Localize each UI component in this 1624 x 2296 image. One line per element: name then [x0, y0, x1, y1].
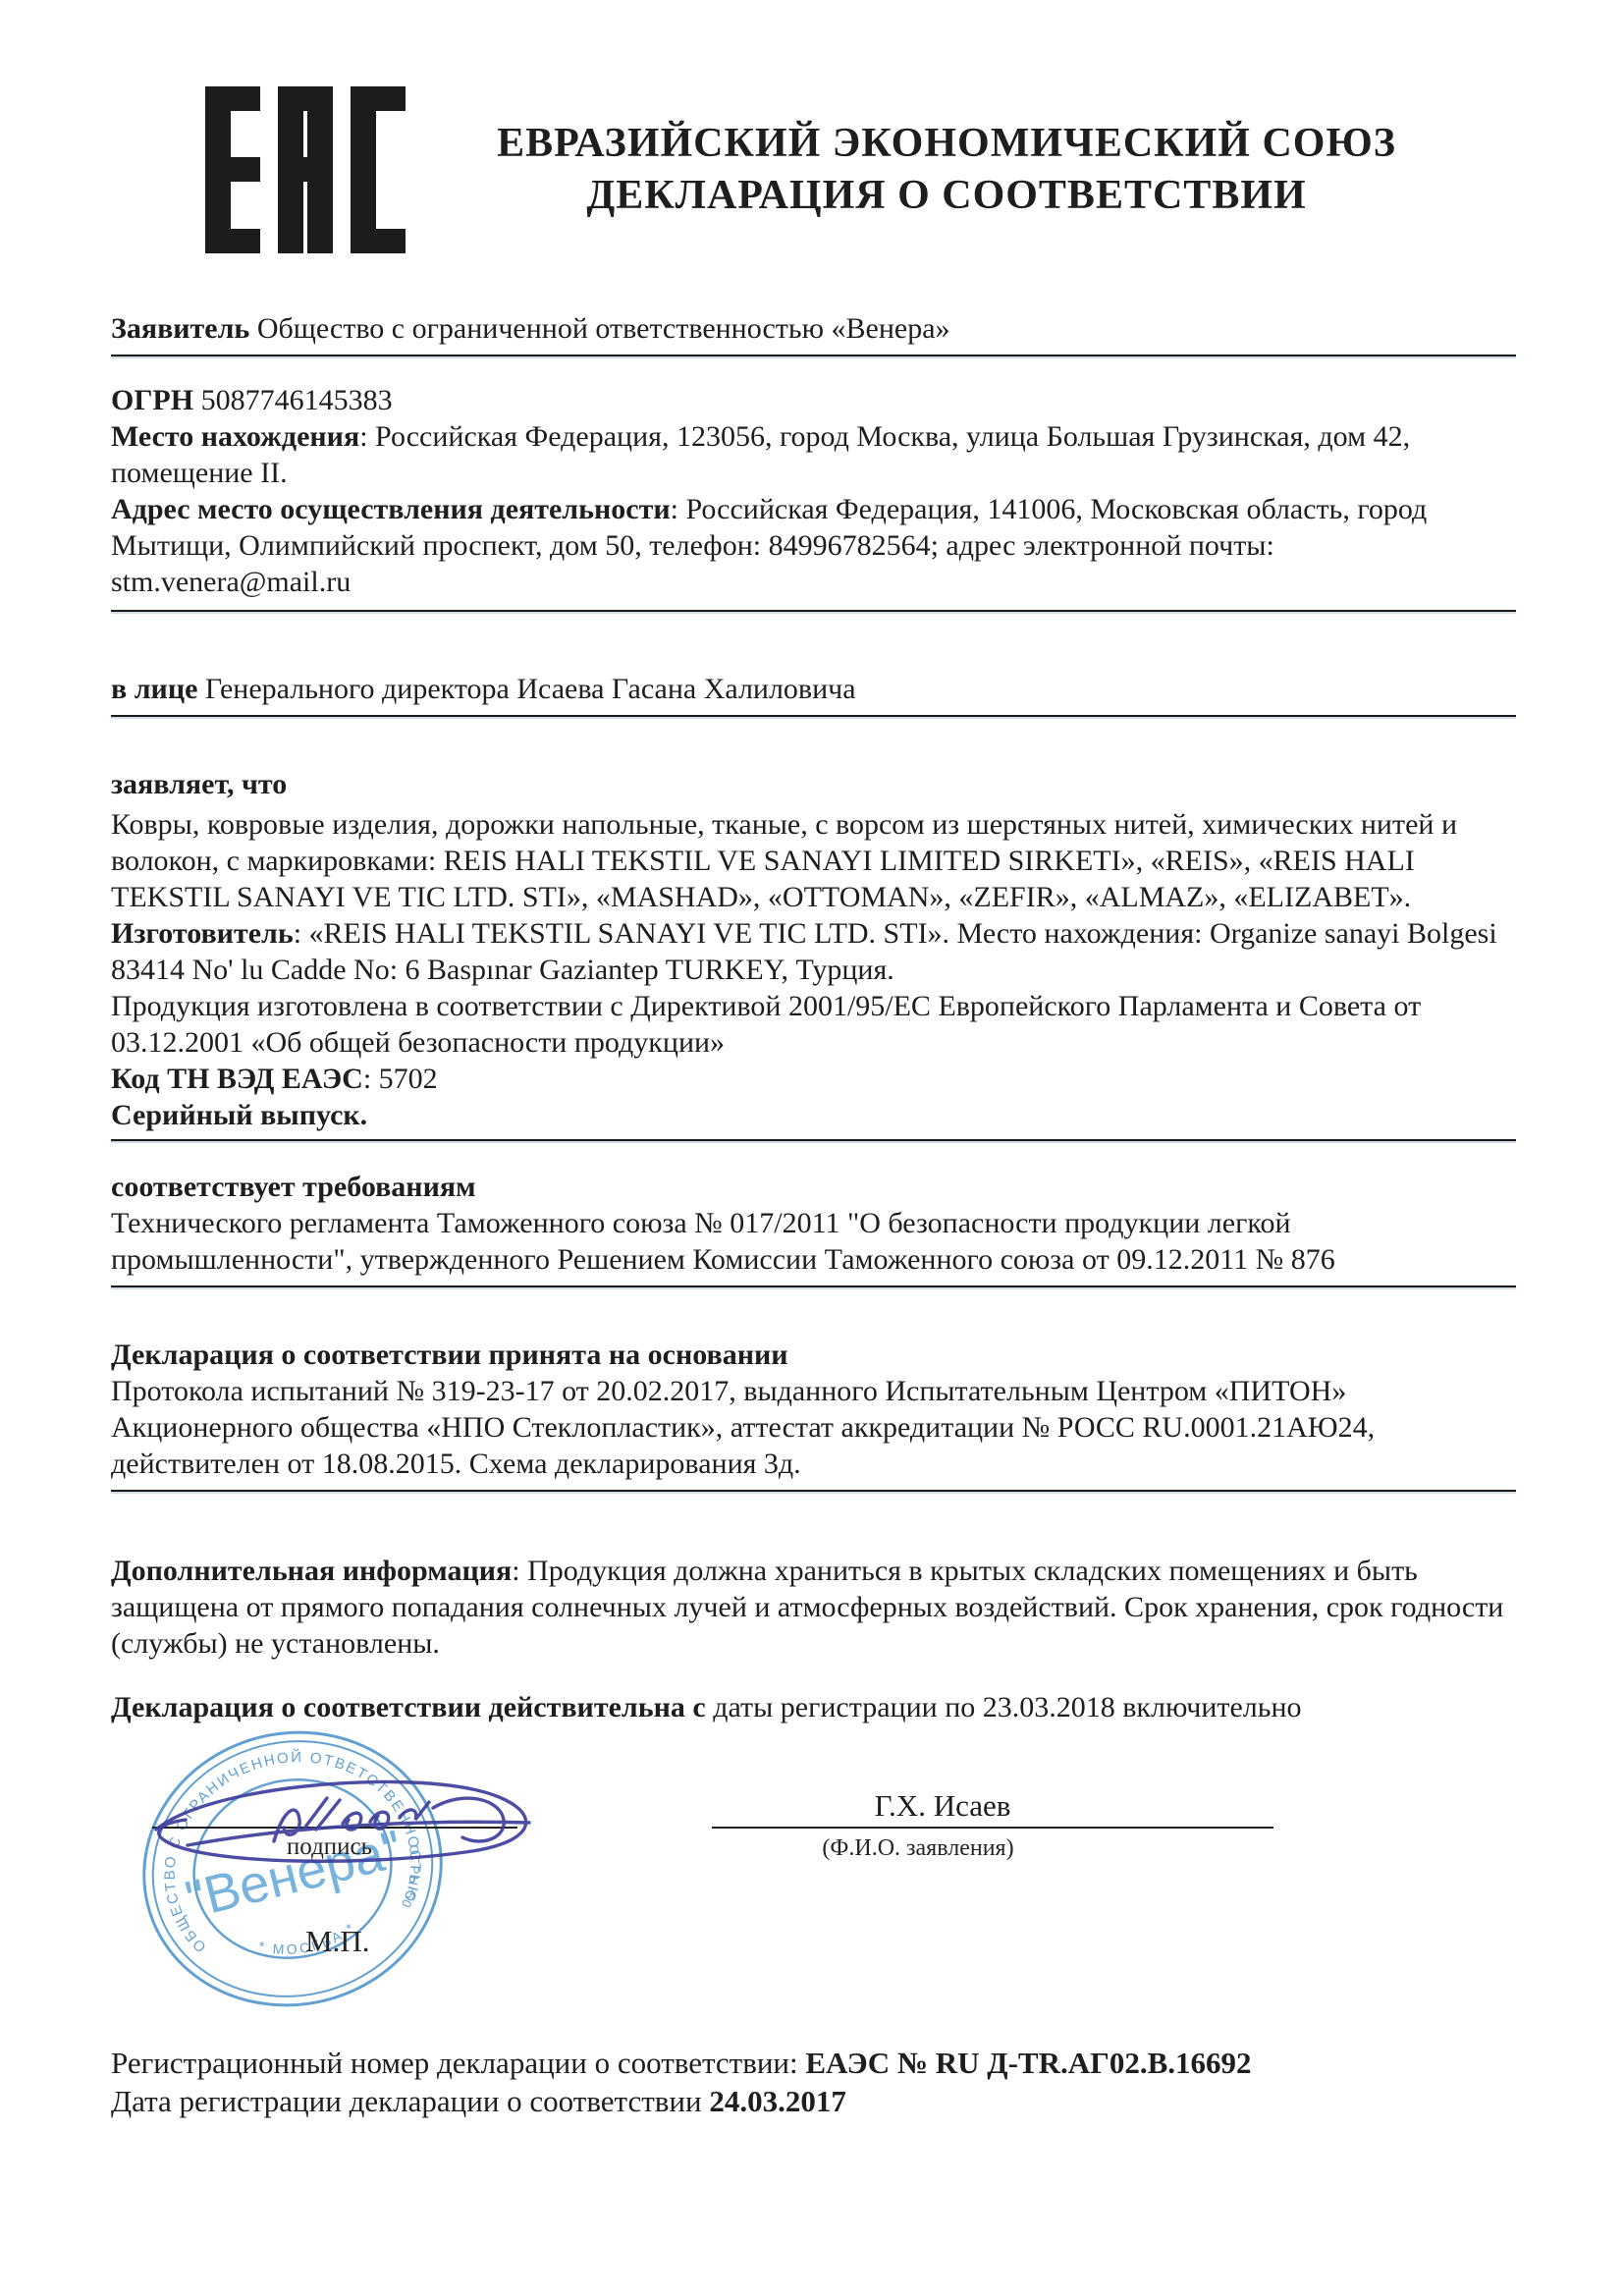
registration-number-value: ЕАЭС № RU Д-TR.АГ02.В.16692: [805, 2046, 1251, 2080]
signee-line: [712, 1827, 1273, 1829]
manufacturer-value: : «REIS HALI TEKSTIL SANAYI VE TIC LTD. …: [111, 917, 1497, 986]
applicant-label: Заявитель: [111, 312, 249, 345]
declares-heading: заявляет, что: [111, 766, 1516, 802]
title-line-1: ЕВРАЗИЙСКИЙ ЭКОНОМИЧЕСКИЙ СОЮЗ: [406, 118, 1487, 170]
ogrn-value: 5087746145383: [193, 384, 393, 416]
activity-address-label: Адрес место осуществления деятельности: [111, 493, 671, 525]
additional-info-section: Дополнительная информация: Продукция дол…: [111, 1553, 1516, 1662]
registration-date-value: 24.03.2017: [709, 2084, 846, 2118]
basis-label: Декларация о соответствии принята на осн…: [111, 1339, 788, 1371]
signature-caption: подпись: [239, 1833, 420, 1861]
applicant-section: Заявитель Общество с ограниченной ответс…: [111, 310, 1516, 356]
compliance-label: соответствует требованиям: [111, 1171, 476, 1203]
compliance-section: соответствует требованиям Технического р…: [111, 1169, 1516, 1287]
separator-line: [111, 610, 1516, 612]
product-text: Ковры, ковровые изделия, дорожки напольн…: [111, 808, 1457, 913]
eac-logo: [205, 86, 406, 253]
registration-date-line: Дата регистрации декларации о соответств…: [111, 2082, 1516, 2120]
registration-number-label: Регистрационный номер декларации о соотв…: [111, 2046, 805, 2080]
applicant-value: Общество с ограниченной ответственностью…: [249, 312, 949, 345]
directive-text: Продукция изготовлена в соответствии с Д…: [111, 990, 1421, 1059]
representative-section: в лице Генерального директора Исаева Гас…: [111, 671, 1516, 717]
validity-text: даты регистрации по 23.03.2018 включител…: [706, 1691, 1302, 1723]
location-label: Место нахождения: [111, 420, 359, 453]
applicant-details-section: ОГРН 5087746145383 Место нахождения: Рос…: [111, 382, 1516, 612]
separator-line: [111, 1285, 1516, 1287]
signature-section: ОБЩЕСТВО С ОГРАНИЧЕННОЙ ОТВЕТСТВЕННОСТЬЮ…: [111, 1727, 1516, 2044]
tnved-code-label: Код ТН ВЭД ЕАЭС: [111, 1063, 363, 1095]
validity-label: Декларация о соответствии действительна …: [111, 1691, 706, 1723]
separator-line: [111, 715, 1516, 717]
manufacturer-label: Изготовитель: [111, 917, 294, 950]
signee-name: Г.Х. Исаев: [712, 1788, 1173, 1824]
compliance-heading: соответствует требованиям: [111, 1169, 1516, 1205]
additional-info-line: Дополнительная информация: Продукция дол…: [111, 1553, 1516, 1662]
separator-line: [111, 1490, 1516, 1492]
document-title: ЕВРАЗИЙСКИЙ ЭКОНОМИЧЕСКИЙ СОЮЗ ДЕКЛАРАЦИ…: [406, 118, 1516, 222]
basis-heading: Декларация о соответствии принята на осн…: [111, 1337, 1516, 1373]
ogrn-line: ОГРН 5087746145383: [111, 382, 1516, 418]
document-page: ЕВРАЗИЙСКИЙ ЭКОНОМИЧЕСКИЙ СОЮЗ ДЕКЛАРАЦИ…: [0, 0, 1624, 2296]
basis-text: Протокола испытаний № 319-23-17 от 20.02…: [111, 1373, 1516, 1482]
separator-line: [111, 355, 1516, 356]
applicant-line: Заявитель Общество с ограниченной ответс…: [111, 310, 1516, 347]
declaration-section: заявляет, что Ковры, ковровые изделия, д…: [111, 766, 1516, 1141]
location-line: Место нахождения: Российская Федерация, …: [111, 418, 1516, 491]
eac-logo-glyphs: [205, 86, 406, 253]
representative-line: в лице Генерального директора Исаева Гас…: [111, 671, 1516, 707]
compliance-text: Технического регламента Таможенного союз…: [111, 1205, 1516, 1278]
tnved-code-value: : 5702: [363, 1063, 438, 1095]
ogrn-label: ОГРН: [111, 384, 193, 416]
registration-date-label: Дата регистрации декларации о соответств…: [111, 2084, 709, 2118]
title-line-2: ДЕКЛАРАЦИЯ О СООТВЕТСТВИИ: [406, 170, 1487, 222]
document-header: ЕВРАЗИЙСКИЙ ЭКОНОМИЧЕСКИЙ СОЮЗ ДЕКЛАРАЦИ…: [111, 86, 1516, 253]
serial-release-label: Серийный выпуск.: [111, 1099, 367, 1131]
validity-line: Декларация о соответствии действительна …: [111, 1689, 1516, 1725]
registration-section: Регистрационный номер декларации о соотв…: [111, 2044, 1516, 2120]
activity-address-line: Адрес место осуществления деятельности: …: [111, 491, 1516, 600]
separator-line: [111, 1139, 1516, 1141]
signee-caption: (Ф.И.О. заявления): [712, 1835, 1124, 1862]
stamp-place-label: М.П.: [305, 1924, 369, 1959]
representative-label: в лице: [111, 673, 197, 705]
representative-value: Генерального директора Исаева Гасана Хал…: [197, 673, 855, 705]
registration-number-line: Регистрационный номер декларации о соотв…: [111, 2044, 1516, 2082]
product-paragraph: Ковры, ковровые изделия, дорожки напольн…: [111, 806, 1516, 1133]
validity-section: Декларация о соответствии действительна …: [111, 1689, 1516, 1725]
declares-label: заявляет, что: [111, 768, 287, 800]
additional-info-label: Дополнительная информация: [111, 1555, 512, 1587]
basis-section: Декларация о соответствии принята на осн…: [111, 1337, 1516, 1492]
